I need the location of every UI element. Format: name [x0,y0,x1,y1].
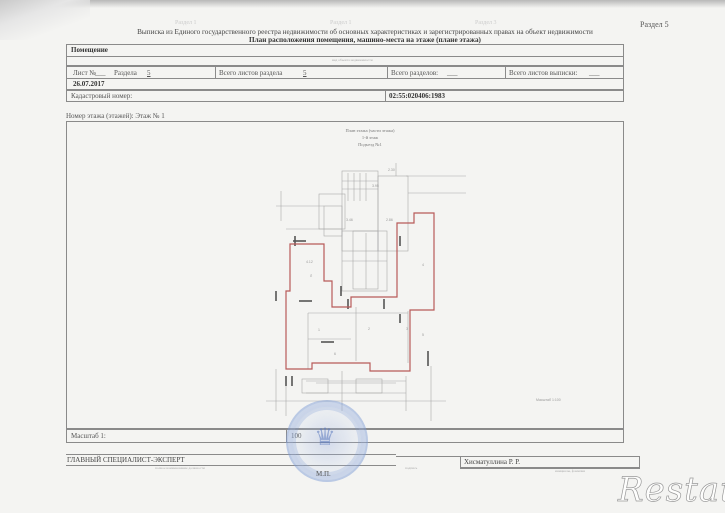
object-type-row: Помещение [66,44,624,57]
object-type-caption: вид объекта недвижимости [332,58,373,62]
watermark-logo: Restate [618,470,725,510]
total-sections-label: Всего разделов: [391,69,438,77]
sheet-info-row: Лист № ___ Раздела 5 Всего листов раздел… [66,66,624,79]
svg-text:4.12: 4.12 [306,260,313,264]
date-row: 26.07.2017 [66,79,624,90]
sheet-label: Лист № [73,69,96,77]
ghost-label: Раздел 1 [330,20,351,26]
document-title: Выписка из Единого государственного реес… [70,28,660,36]
svg-text:Масштаб 1:100: Масштаб 1:100 [536,398,561,402]
floor-plan-drawing: Л1 23 45 63.95 2.304.12 3.462.86 Масштаб… [66,121,624,429]
stamp-label: М.П. [316,470,331,478]
svg-text:3: 3 [406,327,408,331]
divider [215,67,216,78]
name-caption: инициалы, фамилия [555,469,585,473]
signer-name-box: Хисматуллина Р. Р. [460,456,640,468]
signature-caption: подпись [405,466,417,470]
total-sections-value: ___ [447,69,458,77]
object-type: Помещение [71,46,108,54]
svg-text:2: 2 [368,327,370,331]
svg-text:3.46: 3.46 [346,218,353,222]
svg-text:3.95: 3.95 [372,184,379,188]
divider [387,67,388,78]
document-page: Раздел 1 Раздел 1 Раздел 3 Раздел 5 Выпи… [0,0,725,513]
section-number-label: Раздела [114,69,137,77]
scale-label: Масштаб 1: [71,432,106,440]
sheet-value: ___ [95,69,106,77]
position-caption: полное наименование должности [155,466,205,470]
svg-text:6: 6 [334,352,336,356]
total-sheets-section-value: 5 [303,69,307,77]
section-number-value: 5 [147,69,151,77]
ghost-label: Раздел 3 [475,20,496,26]
cadastral-label: Кадастровый номер: [71,92,132,100]
total-sheets-section-label: Всего листов раздела [219,69,282,77]
dimension-labels: Л1 23 45 63.95 2.304.12 3.462.86 Масштаб… [306,168,561,402]
building-lines [266,163,466,421]
eagle-emblem-icon: ♛ [312,423,338,453]
svg-text:2.30: 2.30 [388,168,395,172]
ghost-label: Раздел 1 [175,20,196,26]
svg-text:5: 5 [422,333,424,337]
signer-position: ГЛАВНЫЙ СПЕЦИАЛИСТ-ЭКСПЕРТ [67,456,185,464]
svg-text:1: 1 [318,328,320,332]
divider [505,67,506,78]
cadastral-row: Кадастровый номер: 02:55:020406:1983 [66,90,624,102]
svg-text:2.86: 2.86 [386,218,393,222]
floor-number: Номер этажа (этажей): Этаж № 1 [66,112,165,120]
signature-line [396,456,460,457]
extract-date: 26.07.2017 [73,80,105,88]
object-caption-row: вид объекта недвижимости [66,57,624,66]
signer-name: Хисматуллина Р. Р. [464,458,520,466]
document-subtitle: План расположения помещения, машино-мест… [70,36,660,44]
svg-text:4: 4 [422,263,424,267]
footer-line [460,468,640,469]
svg-text:Л: Л [310,274,313,278]
divider [385,91,386,101]
cadastral-number: 02:55:020406:1983 [389,92,445,100]
total-sheets-label: Всего листов выписки: [509,69,577,77]
total-sheets-value: ___ [589,69,600,77]
